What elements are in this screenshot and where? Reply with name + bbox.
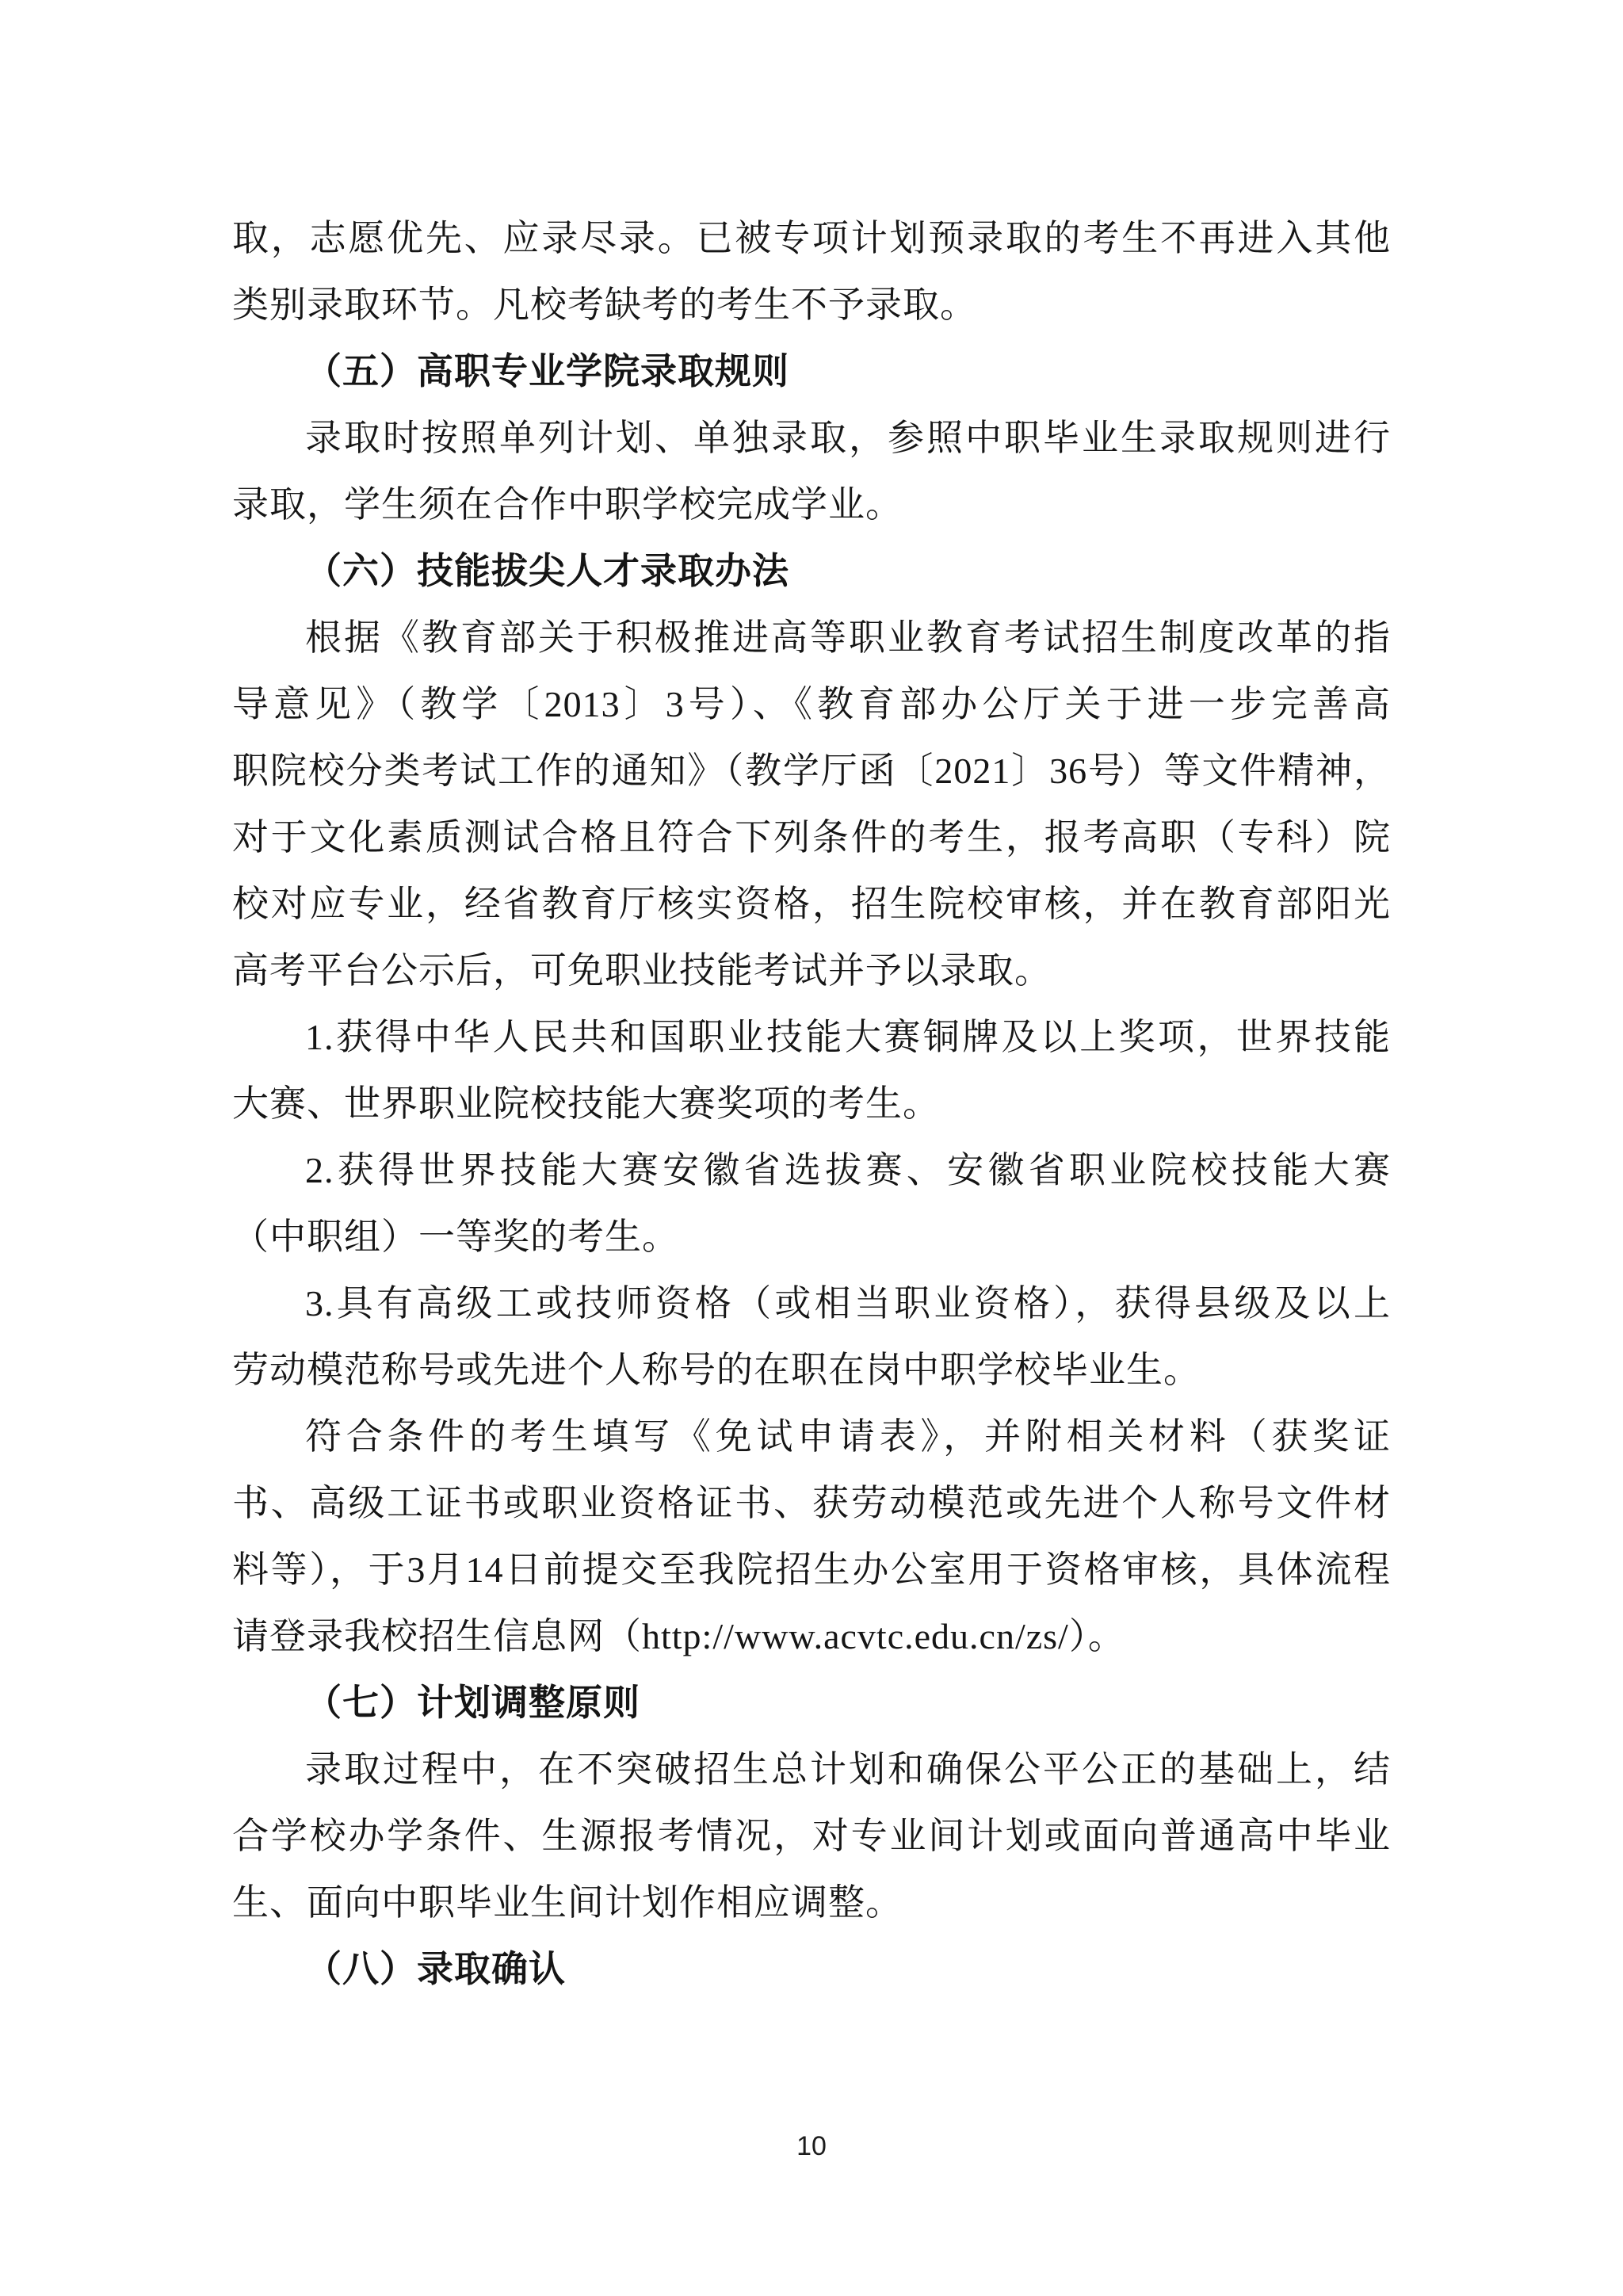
- text-line: 高考平台公示后，可免职业技能考试并予以录取。: [232, 938, 1391, 1004]
- text-line: 符合条件的考生填写《免试申请表》，并附相关材料（获奖证: [232, 1404, 1391, 1470]
- text-line: （七）计划调整原则: [232, 1670, 1391, 1736]
- text-line: 导意见》（教学〔2013〕3号）、《教育部办公厅关于进一步完善高: [232, 671, 1391, 738]
- text-line: 录取时按照单列计划、单独录取，参照中职毕业生录取规则进行: [232, 405, 1391, 472]
- document-body: 取，志愿优先、应录尽录。已被专项计划预录取的考生不再进入其他类别录取环节。凡校考…: [232, 205, 1391, 2003]
- text-line: 书、高级工证书或职业资格证书、获劳动模范或先进个人称号文件材: [232, 1470, 1391, 1537]
- text-line: 大赛、世界职业院校技能大赛奖项的考生。: [232, 1071, 1391, 1137]
- document-page: 取，志愿优先、应录尽录。已被专项计划预录取的考生不再进入其他类别录取环节。凡校考…: [0, 0, 1623, 2296]
- text-line: 根据《教育部关于积极推进高等职业教育考试招生制度改革的指: [232, 605, 1391, 671]
- text-line: 职院校分类考试工作的通知》（教学厅函〔2021〕36号）等文件精神，: [232, 738, 1391, 804]
- text-line: 类别录取环节。凡校考缺考的考生不予录取。: [232, 272, 1391, 338]
- text-line: 合学校办学条件、生源报考情况，对专业间计划或面向普通高中毕业: [232, 1803, 1391, 1870]
- text-line: （八）录取确认: [232, 1936, 1391, 2003]
- text-line: 录取，学生须在合作中职学校完成学业。: [232, 472, 1391, 538]
- text-line: 请登录我校招生信息网（http://www.acvtc.edu.cn/zs/）。: [232, 1603, 1391, 1670]
- text-line: 对于文化素质测试合格且符合下列条件的考生，报考高职（专科）院: [232, 804, 1391, 871]
- text-line: 料等），于3月14日前提交至我院招生办公室用于资格审核，具体流程: [232, 1537, 1391, 1603]
- text-line: 3.具有高级工或技师资格（或相当职业资格），获得县级及以上: [232, 1270, 1391, 1337]
- text-line: 生、面向中职毕业生间计划作相应调整。: [232, 1870, 1391, 1936]
- text-line: 取，志愿优先、应录尽录。已被专项计划预录取的考生不再进入其他: [232, 205, 1391, 272]
- page-number: 10: [0, 2129, 1623, 2164]
- text-line: （五）高职专业学院录取规则: [232, 338, 1391, 405]
- text-line: 1.获得中华人民共和国职业技能大赛铜牌及以上奖项，世界技能: [232, 1004, 1391, 1071]
- text-line: 劳动模范称号或先进个人称号的在职在岗中职学校毕业生。: [232, 1337, 1391, 1404]
- text-line: 2.获得世界技能大赛安徽省选拔赛、安徽省职业院校技能大赛: [232, 1137, 1391, 1204]
- text-line: 校对应专业，经省教育厅核实资格，招生院校审核，并在教育部阳光: [232, 871, 1391, 938]
- text-line: （中职组）一等奖的考生。: [232, 1204, 1391, 1270]
- text-line: 录取过程中，在不突破招生总计划和确保公平公正的基础上，结: [232, 1736, 1391, 1803]
- text-line: （六）技能拔尖人才录取办法: [232, 538, 1391, 605]
